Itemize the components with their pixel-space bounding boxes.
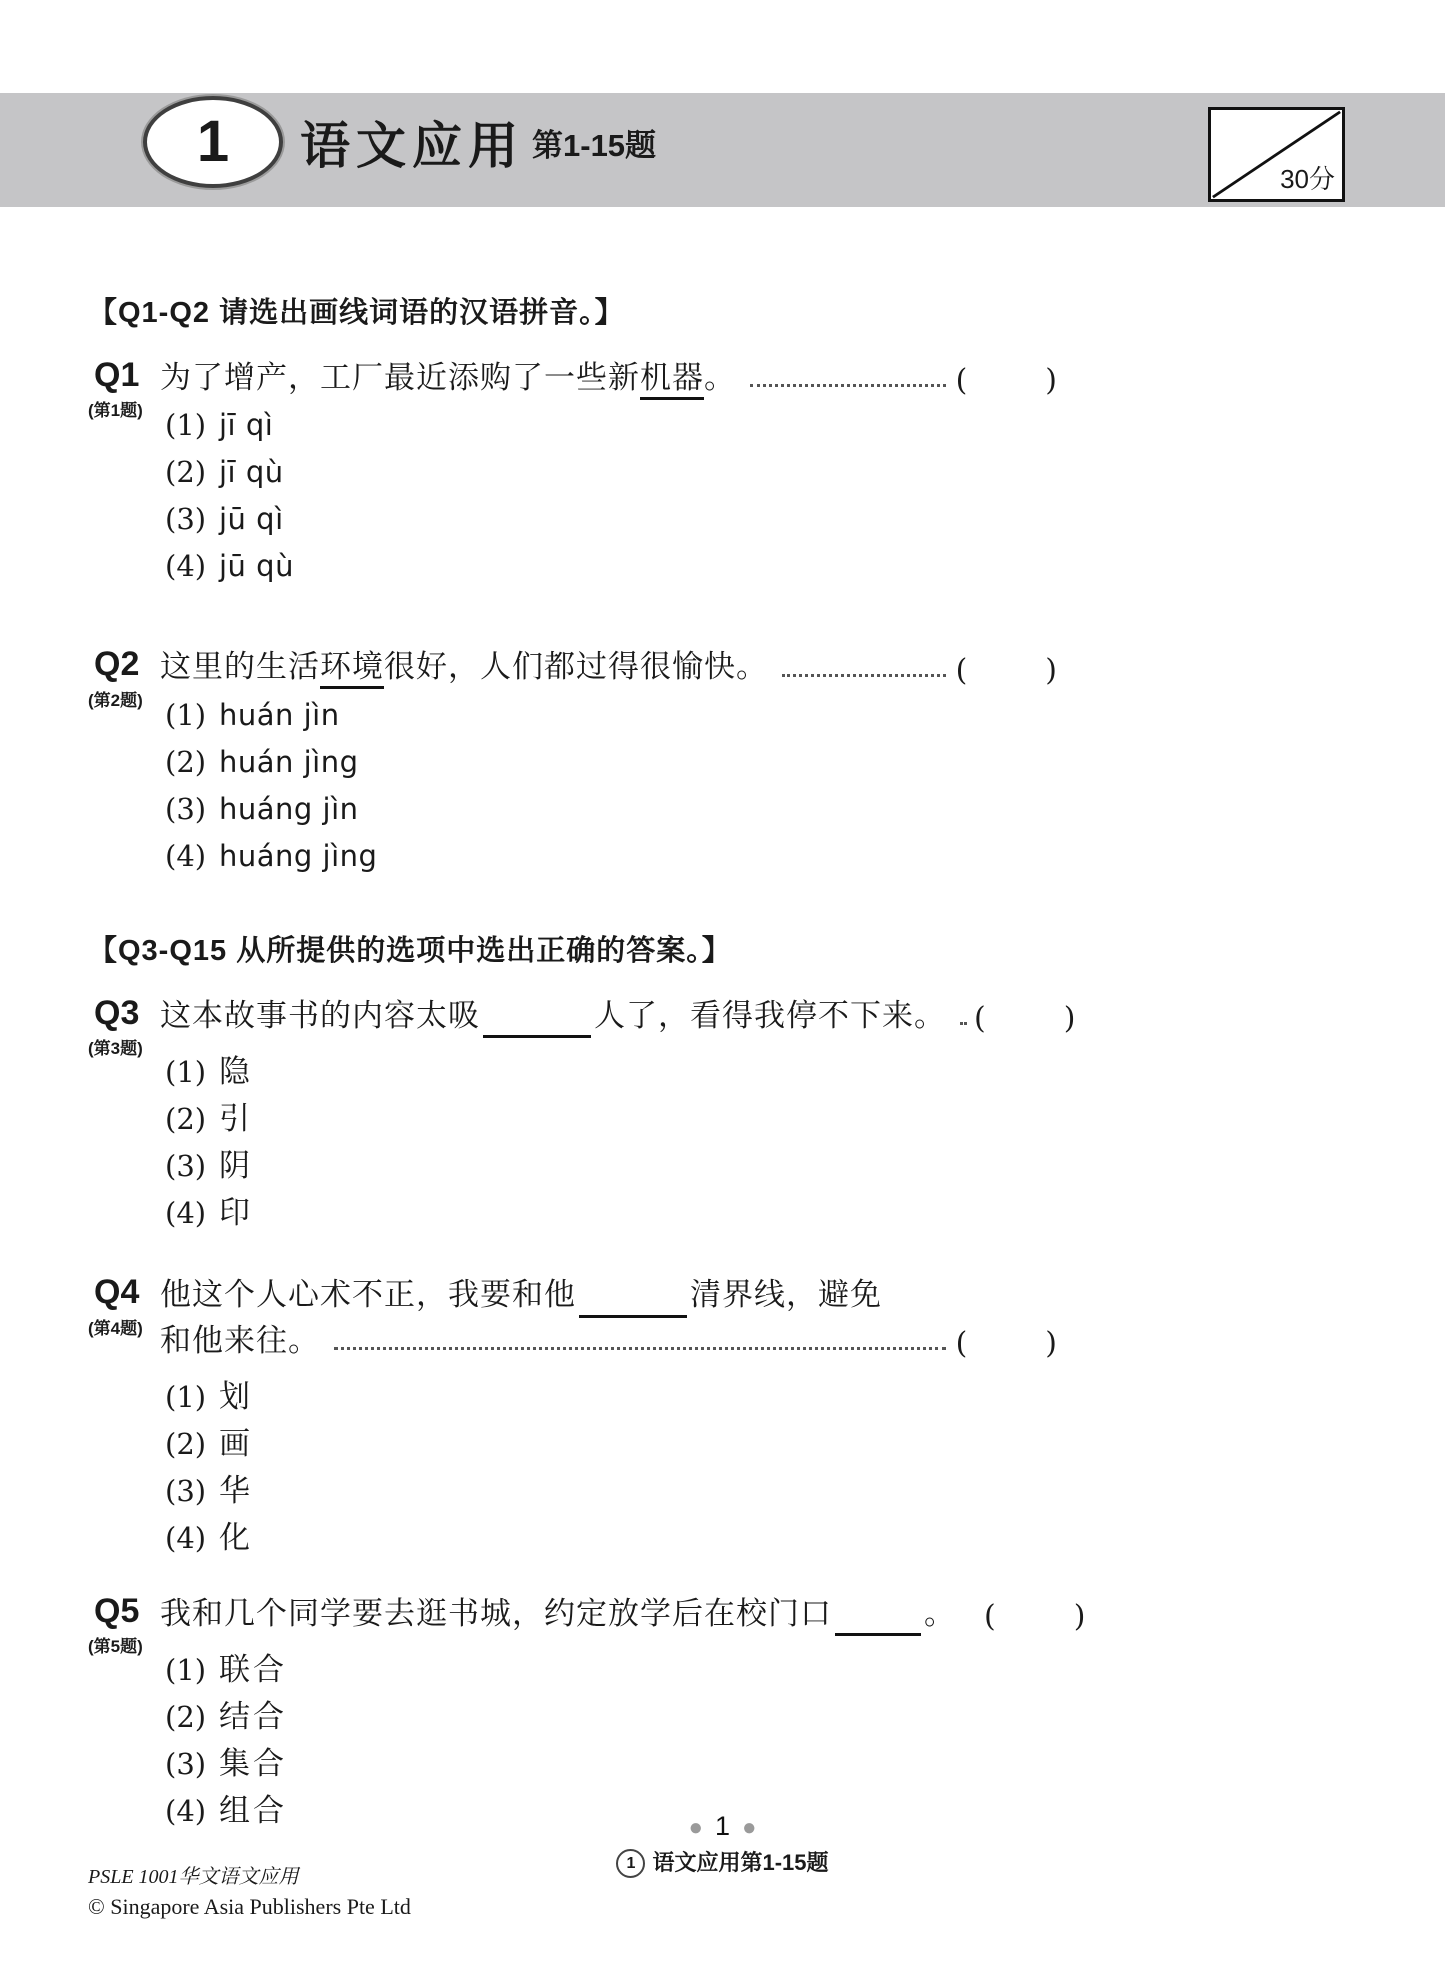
imprint-series-title: PSLE 1001华文语文应用 [88, 1860, 411, 1889]
question-label-column: Q1 (第1题) [88, 357, 160, 596]
option-text: jī qì [219, 408, 273, 442]
page-number-row: ●1● [0, 1813, 1445, 1840]
option-number: (1) [165, 1380, 219, 1414]
option-text: 联合 [219, 1644, 287, 1689]
dotted-leader [960, 1022, 964, 1025]
question-sublabel: (第5题) [88, 1632, 160, 1657]
option-2: (2)引 [165, 1093, 1378, 1140]
answer-paren-close: ) [1045, 653, 1057, 688]
option-text: 阴 [219, 1140, 253, 1185]
question-stem-row: 这本故事书的内容太吸人了，看得我停不下来。 ( ) [160, 995, 1057, 1038]
option-text: huáng jìng [219, 839, 377, 873]
question-sublabel: (第1题) [88, 396, 160, 421]
dotted-leader [782, 674, 946, 677]
stem-text: 为了增产，工厂最近添购了一些新 [160, 360, 640, 396]
question-q2: Q2 (第2题) 这里的生活环境很好，人们都过得很愉快。 ( ) (1)huán… [88, 646, 1378, 885]
section1-instruction: 【Q1-Q2 请选出画线词语的汉语拼音。】 [88, 290, 1378, 331]
question-number: Q3 [94, 995, 160, 1032]
option-4: (4)化 [165, 1512, 1378, 1559]
option-text: 华 [219, 1465, 253, 1510]
answer-paren-close: ) [1045, 363, 1057, 398]
option-2: (2)画 [165, 1418, 1378, 1465]
option-2: (2)结合 [165, 1691, 1378, 1738]
option-number: (4) [165, 1521, 219, 1555]
option-1: (1)jī qì [165, 408, 1378, 455]
option-number: (2) [165, 1427, 219, 1461]
question-number: Q2 [94, 646, 160, 683]
section2-instruction: 【Q3-Q15 从所提供的选项中选出正确的答案。】 [88, 928, 1378, 969]
question-range-label: 第1-15题 [532, 120, 656, 165]
option-number: (1) [165, 408, 219, 442]
option-number: (1) [165, 698, 219, 732]
page-number: 1 [715, 1811, 730, 1841]
option-number: (4) [165, 549, 219, 583]
answer-blank [579, 1281, 687, 1318]
option-number: (4) [165, 1196, 219, 1230]
question-q1: Q1 (第1题) 为了增产，工厂最近添购了一些新机器。 ( ) (1)jī qì… [88, 357, 1378, 596]
stem-text: 。 [924, 1596, 956, 1632]
question-q4: Q4 (第4题) 他这个人心术不正，我要和他清界线，避免 和他来往。 ( ) (… [88, 1274, 1378, 1559]
answer-blank [835, 1599, 921, 1636]
stem-text: 。 [704, 360, 736, 396]
footer-tag-text: 语文应用第1-15题 [652, 1850, 828, 1875]
option-3: (3)集合 [165, 1738, 1378, 1785]
option-text: huáng jìn [219, 792, 359, 826]
question-stem: 这本故事书的内容太吸人了，看得我停不下来。 [160, 995, 946, 1038]
answer-paren-open: ( [956, 363, 968, 398]
answer-paren-open: ( [974, 1001, 986, 1036]
question-stem: 为了增产，工厂最近添购了一些新机器。 [160, 357, 736, 400]
option-text: 画 [219, 1418, 253, 1463]
option-3: (3)阴 [165, 1140, 1378, 1187]
question-q5: Q5 (第5题) 我和几个同学要去逛书城，约定放学后在校门口。 ( ) (1)联… [88, 1593, 1378, 1832]
stem-text: 很好，人们都过得很愉快。 [384, 649, 768, 685]
question-stem-line2: 和他来往。 [160, 1320, 320, 1363]
option-4: (4)huáng jìng [165, 839, 1378, 886]
answer-paren-close: ) [1064, 1001, 1076, 1036]
options-list: (1)huán jìn (2)huán jìng (3)huáng jìn (4… [160, 698, 1378, 886]
question-stem: 这里的生活环境很好，人们都过得很愉快。 [160, 646, 768, 689]
option-4: (4)印 [165, 1187, 1378, 1234]
question-label-column: Q3 (第3题) [88, 995, 160, 1234]
option-number: (3) [165, 502, 219, 536]
option-number: (2) [165, 1700, 219, 1734]
option-3: (3)huáng jìn [165, 792, 1378, 839]
question-q3: Q3 (第3题) 这本故事书的内容太吸人了，看得我停不下来。 ( ) (1)隐 … [88, 995, 1378, 1234]
options-list: (1)联合 (2)结合 (3)集合 (4)组合 [160, 1644, 1378, 1832]
imprint-copyright: © Singapore Asia Publishers Pte Ltd [88, 1894, 411, 1920]
option-text: 印 [219, 1187, 253, 1232]
question-stem-row: 这里的生活环境很好，人们都过得很愉快。 ( ) [160, 646, 1057, 689]
option-number: (2) [165, 1102, 219, 1136]
question-stem-row: 我和几个同学要去逛书城，约定放学后在校门口。 ( ) [160, 1593, 1057, 1636]
option-text: 引 [219, 1093, 253, 1138]
option-text: huán jìn [219, 698, 340, 732]
question-stem-row: 为了增产，工厂最近添购了一些新机器。 ( ) [160, 357, 1057, 400]
option-text: jū qì [219, 502, 284, 536]
option-number: (2) [165, 455, 219, 489]
option-number: (3) [165, 792, 219, 826]
option-4: (4)jū qù [165, 549, 1378, 596]
stem-text: 这里的生活 [160, 649, 320, 685]
answer-paren-close: ) [1045, 1326, 1057, 1361]
stem-text: 我和几个同学要去逛书城，约定放学后在校门口 [160, 1596, 832, 1632]
question-number: Q5 [94, 1593, 160, 1630]
question-number: Q4 [94, 1274, 160, 1311]
question-stem-line1: 他这个人心术不正，我要和他清界线，避免 [160, 1274, 1378, 1317]
option-3: (3)jū qì [165, 502, 1378, 549]
options-list: (1)隐 (2)引 (3)阴 (4)印 [160, 1046, 1378, 1234]
answer-paren-open: ( [956, 1326, 968, 1361]
stem-text: 他这个人心术不正，我要和他 [160, 1277, 576, 1313]
underlined-word: 机器 [640, 360, 704, 400]
option-text: 集合 [219, 1738, 287, 1783]
option-1: (1)划 [165, 1371, 1378, 1418]
footer-imprint: PSLE 1001华文语文应用 © Singapore Asia Publish… [88, 1860, 411, 1920]
unit-number: 1 [197, 113, 229, 171]
question-label-column: Q5 (第5题) [88, 1593, 160, 1832]
question-label-column: Q2 (第2题) [88, 646, 160, 885]
underlined-word: 环境 [320, 649, 384, 689]
option-text: jū qù [219, 549, 294, 583]
option-number: (4) [165, 839, 219, 873]
stem-text: 人了，看得我停不下来。 [594, 998, 946, 1034]
option-3: (3)华 [165, 1465, 1378, 1512]
stem-text: 清界线，避免 [690, 1277, 882, 1313]
page-dot-right: ● [742, 1814, 757, 1841]
option-text: 划 [219, 1371, 253, 1416]
answer-paren-open: ( [984, 1599, 996, 1634]
page-content: 【Q1-Q2 请选出画线词语的汉语拼音。】 Q1 (第1题) 为了增产，工厂最近… [88, 290, 1378, 1832]
question-label-column: Q4 (第4题) [88, 1274, 160, 1559]
options-list: (1)划 (2)画 (3)华 (4)化 [160, 1371, 1378, 1559]
option-1: (1)联合 [165, 1644, 1378, 1691]
page-dot-left: ● [688, 1814, 703, 1841]
option-text: huán jìng [219, 745, 359, 779]
option-number: (1) [165, 1653, 219, 1687]
option-1: (1)huán jìn [165, 698, 1378, 745]
option-text: jī qù [219, 455, 284, 489]
dotted-leader [750, 384, 946, 387]
option-2: (2)jī qù [165, 455, 1378, 502]
option-text: 化 [219, 1512, 253, 1557]
score-box: 30分 [1208, 107, 1345, 202]
option-number: (3) [165, 1747, 219, 1781]
option-1: (1)隐 [165, 1046, 1378, 1093]
option-text: 隐 [219, 1046, 253, 1091]
answer-blank [483, 1001, 591, 1038]
option-number: (2) [165, 745, 219, 779]
option-number: (3) [165, 1149, 219, 1183]
question-sublabel: (第2题) [88, 686, 160, 711]
option-2: (2)huán jìng [165, 745, 1378, 792]
footer-circled-number: 1 [616, 1849, 645, 1878]
option-text: 结合 [219, 1691, 287, 1736]
option-number: (1) [165, 1055, 219, 1089]
answer-paren-open: ( [956, 653, 968, 688]
question-sublabel: (第4题) [88, 1314, 160, 1339]
dotted-leader [334, 1347, 946, 1350]
stem-text: 这本故事书的内容太吸 [160, 998, 480, 1034]
question-stem: 我和几个同学要去逛书城，约定放学后在校门口。 [160, 1593, 956, 1636]
question-stem-row: 和他来往。 ( ) [160, 1320, 1057, 1363]
unit-number-badge: 1 [143, 96, 283, 188]
options-list: (1)jī qì (2)jī qù (3)jū qì (4)jū qù [160, 408, 1378, 596]
question-sublabel: (第3题) [88, 1034, 160, 1059]
question-number: Q1 [94, 357, 160, 394]
score-label: 30分 [1280, 159, 1335, 196]
section-title: 语文应用 [300, 106, 524, 178]
answer-paren-close: ) [1074, 1599, 1086, 1634]
option-number: (3) [165, 1474, 219, 1508]
